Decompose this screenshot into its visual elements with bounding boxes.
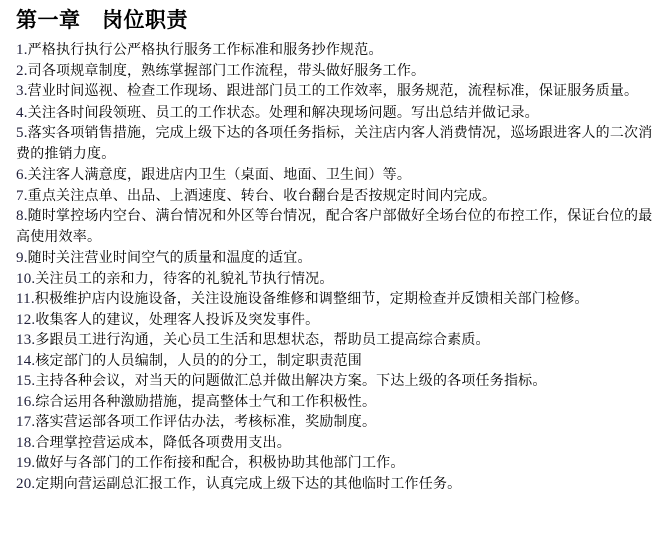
item-number: 3.: [16, 83, 28, 99]
item-text: 落实各项销售措施，完成上级下达的各项任务指标，关注店内客人消费情况，巡场跟进客人…: [16, 125, 652, 162]
item-number: 12.: [16, 312, 35, 328]
item-number: 16.: [16, 394, 35, 410]
list-item: 18.合理掌控营运成本，降低各项费用支出。: [16, 433, 656, 454]
list-item: 9.随时关注营业时间空气的质量和温度的适宜。: [16, 248, 656, 269]
item-text: 重点关注点单、出品、上酒速度、转台、收台翻台是否按规定时间内完成。: [28, 188, 497, 204]
item-text: 积极维护店内设施设备，关注设施设备维修和调整细节，定期检查并反馈相关部门检修。: [35, 291, 589, 307]
list-item: 20.定期向营运副总汇报工作，认真完成上级下达的其他临时工作任务。: [16, 474, 656, 495]
item-text: 做好与各部门的工作衔接和配合，积极协助其他部门工作。: [35, 455, 404, 471]
item-text: 多跟员工进行沟通，关心员工生活和思想状态，帮助员工提高综合素质。: [35, 332, 489, 348]
item-text: 定期向营运副总汇报工作，认真完成上级下达的其他临时工作任务。: [35, 476, 461, 492]
item-number: 2.: [16, 63, 28, 79]
item-text: 随时关注营业时间空气的质量和温度的适宜。: [28, 250, 312, 266]
list-item: 17.落实营运部各项工作评估办法，考核标准，奖励制度。: [16, 412, 656, 433]
chapter-title: 第一章 岗位职责: [16, 6, 656, 34]
item-text: 收集客人的建议，处理客人投诉及突发事件。: [35, 312, 319, 328]
list-item: 11.积极维护店内设施设备，关注设施设备维修和调整细节，定期检查并反馈相关部门检…: [16, 289, 656, 310]
item-number: 15.: [16, 373, 35, 389]
item-number: 9.: [16, 250, 28, 266]
list-item: 16.综合运用各种激励措施，提高整体士气和工作积极性。: [16, 392, 656, 413]
list-item: 7.重点关注点单、出品、上酒速度、转台、收台翻台是否按规定时间内完成。: [16, 186, 656, 207]
list-item: 15.主持各种会议，对当天的问题做汇总并做出解决方案。下达上级的各项任务指标。: [16, 371, 656, 392]
item-text: 随时掌控场内空台、满台情况和外区等台情况，配合客户部做好全场台位的布控工作，保证…: [16, 208, 652, 245]
item-text: 关注员工的亲和力，待客的礼貌礼节执行情况。: [35, 271, 333, 287]
list-item: 19.做好与各部门的工作衔接和配合，积极协助其他部门工作。: [16, 453, 656, 474]
list-item: 4.关注各时间段领班、员工的工作状态。处理和解决现场问题。写出总结并做记录。: [16, 103, 656, 124]
item-number: 11.: [16, 291, 35, 307]
list-item: 2.司各项规章制度，熟练掌握部门工作流程，带头做好服务工作。: [16, 61, 656, 82]
item-number: 13.: [16, 332, 35, 348]
item-text: 营业时间巡视、检查工作现场、跟进部门员工的工作效率，服务规范，流程标准，保证服务…: [28, 83, 639, 99]
document-page: 第一章 岗位职责 1.严格执行执行公严格执行服务工作标准和服务抄作规范。 2.司…: [16, 6, 656, 494]
item-number: 17.: [16, 414, 35, 430]
list-item: 6.关注客人满意度，跟进店内卫生（桌面、地面、卫生间）等。: [16, 165, 656, 186]
item-text: 关注客人满意度，跟进店内卫生（桌面、地面、卫生间）等。: [28, 167, 411, 183]
item-text: 严格执行执行公严格执行服务工作标准和服务抄作规范。: [28, 42, 383, 58]
item-text: 关注各时间段领班、员工的工作状态。处理和解决现场问题。写出总结并做记录。: [28, 105, 539, 121]
item-text: 合理掌控营运成本，降低各项费用支出。: [35, 435, 291, 451]
item-text: 核定部门的人员编制，人员的的分工，制定职责范围: [35, 353, 362, 369]
item-number: 1.: [16, 42, 28, 58]
item-number: 19.: [16, 455, 35, 471]
item-text: 综合运用各种激励措施，提高整体士气和工作积极性。: [35, 394, 376, 410]
item-number: 4.: [16, 105, 28, 121]
list-item: 13.多跟员工进行沟通，关心员工生活和思想状态，帮助员工提高综合素质。: [16, 330, 656, 351]
item-number: 7.: [16, 188, 28, 204]
item-number: 18.: [16, 435, 35, 451]
item-text: 主持各种会议，对当天的问题做汇总并做出解决方案。下达上级的各项任务指标。: [35, 373, 546, 389]
item-number: 20.: [16, 476, 35, 492]
item-number: 8.: [16, 208, 28, 224]
list-item: 10.关注员工的亲和力，待客的礼貌礼节执行情况。: [16, 269, 656, 290]
list-item: 8.随时掌控场内空台、满台情况和外区等台情况，配合客户部做好全场台位的布控工作，…: [16, 206, 656, 247]
list-item: 3.营业时间巡视、检查工作现场、跟进部门员工的工作效率，服务规范，流程标准，保证…: [16, 81, 656, 102]
item-text: 司各项规章制度，熟练掌握部门工作流程，带头做好服务工作。: [28, 63, 426, 79]
item-number: 10.: [16, 271, 35, 287]
item-text: 落实营运部各项工作评估办法，考核标准，奖励制度。: [35, 414, 376, 430]
duty-list: 1.严格执行执行公严格执行服务工作标准和服务抄作规范。 2.司各项规章制度，熟练…: [16, 40, 656, 494]
item-number: 5.: [16, 125, 28, 141]
list-item: 12.收集客人的建议，处理客人投诉及突发事件。: [16, 310, 656, 331]
list-item: 14.核定部门的人员编制，人员的的分工，制定职责范围: [16, 351, 656, 372]
item-number: 6.: [16, 167, 28, 183]
list-item: 1.严格执行执行公严格执行服务工作标准和服务抄作规范。: [16, 40, 656, 61]
item-number: 14.: [16, 353, 35, 369]
list-item: 5.落实各项销售措施，完成上级下达的各项任务指标，关注店内客人消费情况，巡场跟进…: [16, 123, 656, 164]
